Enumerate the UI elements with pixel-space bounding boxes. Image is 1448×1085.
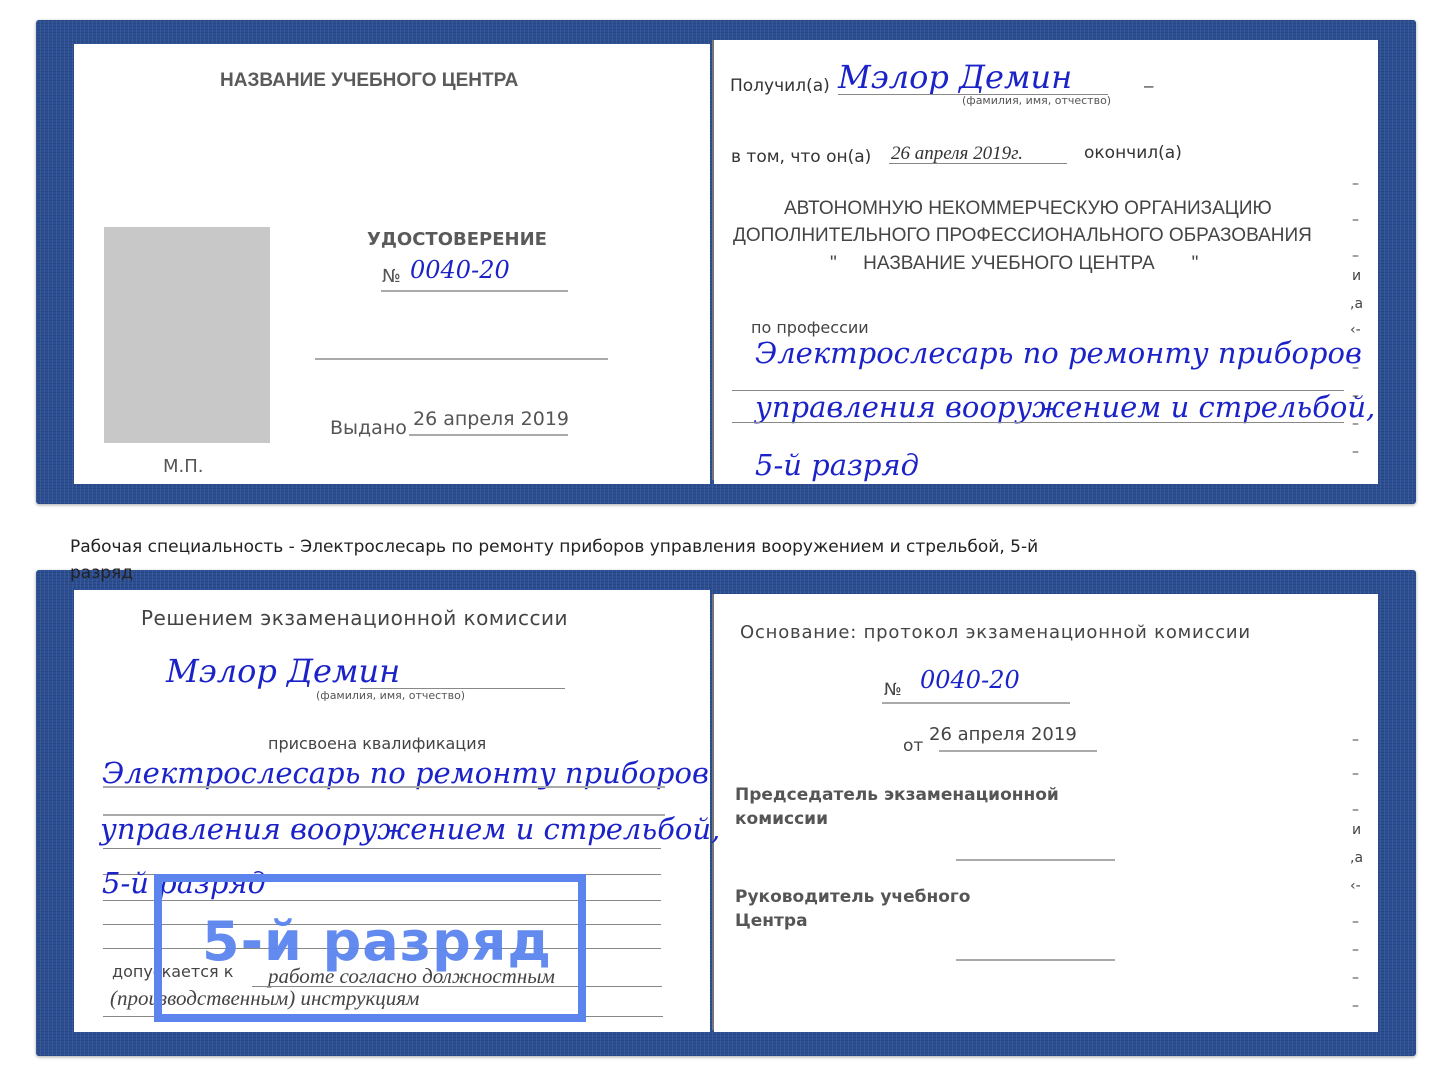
number-underline [381,290,568,292]
in-that-label: в том, что он(а) [731,147,871,167]
number-label: № [382,266,401,287]
issued-date: 26 апреля 2019 [413,408,569,430]
protocol-date: 26 апреля 2019 [929,724,1077,745]
decision-title: Решением экзаменационной комиссии [141,606,568,630]
name-hint: (фамилия, имя, отчество) [962,94,1111,107]
recipient-name-back: Мэлор Демин [166,652,400,690]
spine-divider [712,40,714,480]
stamp-place: М.П. [163,456,204,477]
specialty-caption: Рабочая специальность - Электрослесарь п… [70,534,1090,586]
blank-line [315,358,608,360]
document-title: УДОСТОВЕРЕНИЕ [367,229,547,250]
name-hint-back: (фамилия, имя, отчество) [316,689,465,702]
finish-date: 26 апреля 2019г. [891,143,1023,165]
qualification-line-1: Электрослесарь по ремонту приборов [102,756,709,790]
protocol-number-label: № [884,680,902,700]
certificate-number: 0040-20 [410,256,510,284]
qualification-label: присвоена квалификация [268,734,486,753]
center-name: НАЗВАНИЕ УЧЕБНОГО ЦЕНТРА [220,70,518,92]
recipient-name: Мэлор Демин [838,58,1072,96]
issued-label: Выдано [330,417,407,439]
dash: – [1144,76,1153,96]
issued-underline [409,434,568,436]
chairman-line-2: комиссии [735,809,828,829]
profession-line-1: Электрослесарь по ремонту приборов [755,336,1362,370]
profession-underline-2 [732,422,1344,423]
profession-line-2: управления вооружением и стрельбой, [755,390,1375,424]
chairman-line-1: Председатель экзаменационной [735,785,1059,805]
profession-label: по профессии [751,318,869,337]
qualification-underline-3 [103,848,661,849]
finish-date-underline [889,163,1067,164]
head-signature-line [956,959,1115,961]
org-line-1: АВТОНОМНУЮ НЕКОММЕРЧЕСКУЮ ОРГАНИЗАЦИЮ [784,198,1272,220]
protocol-number: 0040-20 [920,666,1020,694]
head-line-1: Руководитель учебного [735,887,970,907]
org-line-3: " НАЗВАНИЕ УЧЕБНОГО ЦЕНТРА " [830,253,1198,275]
from-label: от [903,736,923,756]
finished-label: окончил(а) [1084,143,1182,163]
chairman-signature-line [956,859,1115,861]
qualification-underline-1 [103,786,665,788]
protocol-number-underline [882,702,1070,704]
profession-line-3: 5-й разряд [755,448,919,482]
protocol-date-underline [939,750,1097,752]
photo-placeholder [104,227,270,443]
org-line-2: ДОПОЛНИТЕЛЬНОГО ПРОФЕССИОНАЛЬНОГО ОБРАЗО… [733,225,1312,247]
stamp-text: 5-й разряд [202,910,552,973]
basis-title: Основание: протокол экзаменационной коми… [740,622,1251,643]
qualification-line-2: управления вооружением и стрельбой, [100,812,720,846]
head-line-2: Центра [735,911,808,931]
received-label: Получил(а) [730,76,830,96]
